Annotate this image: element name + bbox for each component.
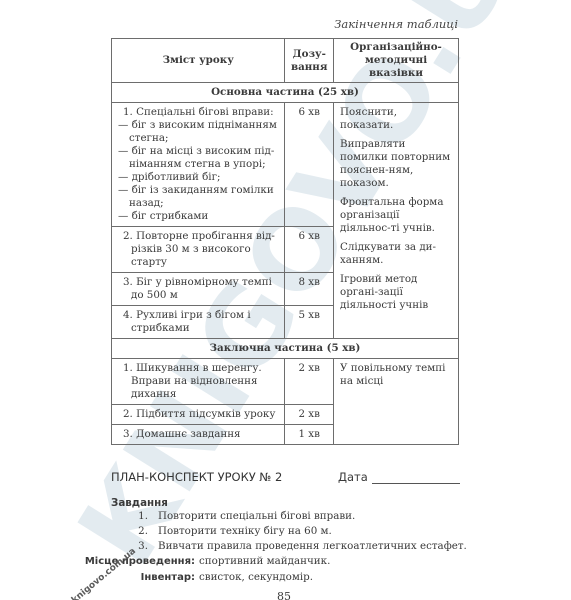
section-title-main: Основна частина (25 хв) (112, 83, 459, 103)
plan-title: ПЛАН-КОНСПЕКТ УРОКУ № 2 (111, 470, 282, 484)
note: Слідкувати за ди-ханням. (340, 241, 452, 267)
note: Ігровий метод органі-зації діяльності уч… (340, 273, 452, 312)
task-item: 2.Повторити техніку бігу на 60 м. (130, 524, 467, 539)
row-content: 3. Домашнє завдання (112, 425, 285, 445)
place-value: спортивний майданчик. (199, 555, 330, 567)
subitem: — біг стрибками (118, 210, 278, 223)
subitem: — дріботливий біг; (118, 171, 278, 184)
row-content: 1. Шикування в шеренгу. Вправи на віднов… (112, 359, 285, 405)
table-header-row: Зміст уроку Дозу-вання Організаційно-мет… (112, 39, 459, 83)
row-dosage: 2 хв (285, 359, 334, 405)
section-row-final: Заключна частина (5 хв) (112, 339, 459, 359)
section-title-final: Заключна частина (5 хв) (112, 339, 459, 359)
row-content: 1. Спеціальні бігові вправи: — біг з вис… (112, 103, 285, 227)
date-label: Дата (338, 470, 368, 484)
row-dosage: 6 хв (285, 103, 334, 227)
row-dosage: 2 хв (285, 405, 334, 425)
row-dosage: 6 хв (285, 227, 334, 273)
place-line: Місце проведення:спортивний майданчик. (35, 555, 330, 567)
subitem: — біг із закиданням гомілки назад; (118, 184, 278, 210)
table-row: 1. Спеціальні бігові вправи: — біг з вис… (112, 103, 459, 227)
task-item: 1.Повторити спеціальні бігові вправи. (130, 509, 467, 524)
equipment-label: Інвентар: (35, 572, 195, 583)
equipment-value: свисток, секундомір. (199, 571, 313, 583)
row-dosage: 8 хв (285, 273, 334, 306)
section-row-main: Основна частина (25 хв) (112, 83, 459, 103)
row-content: 4. Рухливі ігри з бігом і стрибками (112, 306, 285, 339)
header-dosage: Дозу-вання (285, 39, 334, 83)
row-content: 3. Біг у рівномірному темпі до 500 м (112, 273, 285, 306)
equipment-line: Інвентар:свисток, секундомір. (35, 571, 313, 583)
note: Фронтальна форма організації діяльнос-ті… (340, 196, 452, 235)
row-dosage: 5 хв (285, 306, 334, 339)
note: Виправляти помилки повторним пояснен-ням… (340, 138, 452, 190)
table-row: 1. Шикування в шеренгу. Вправи на віднов… (112, 359, 459, 405)
row-dosage: 1 хв (285, 425, 334, 445)
note: У повільному темпі на місці (340, 362, 452, 388)
header-content: Зміст уроку (112, 39, 285, 83)
subitem: — біг з високим підніманням стегна; (118, 119, 278, 145)
task-item: 3.Вивчати правила проведення легкоатлети… (130, 539, 467, 554)
lesson-table: Зміст уроку Дозу-вання Організаційно-мет… (111, 38, 459, 445)
note: Пояснити, показати. (340, 106, 452, 132)
date-blank-line (372, 472, 460, 484)
section-notes-final: У повільному темпі на місці (334, 359, 459, 445)
page-number: 85 (277, 590, 291, 600)
row-content: 2. Підбиття підсумків уроку (112, 405, 285, 425)
tasks-list: 1.Повторити спеціальні бігові вправи. 2.… (130, 509, 467, 554)
subitem: — біг на місці з високим під-німанням ст… (118, 145, 278, 171)
row-content: 2. Повторне пробігання від-різків 30 м з… (112, 227, 285, 273)
table-continuation-caption: Закінчення таблиці (334, 17, 458, 31)
section-notes-main: Пояснити, показати. Виправляти помилки п… (334, 103, 459, 339)
row-content-text: Спеціальні бігові вправи: (136, 106, 273, 118)
date-field: Дата (338, 470, 460, 484)
header-notes: Організаційно-методичні вказівки (334, 39, 459, 83)
tasks-title: Завдання (111, 497, 168, 509)
